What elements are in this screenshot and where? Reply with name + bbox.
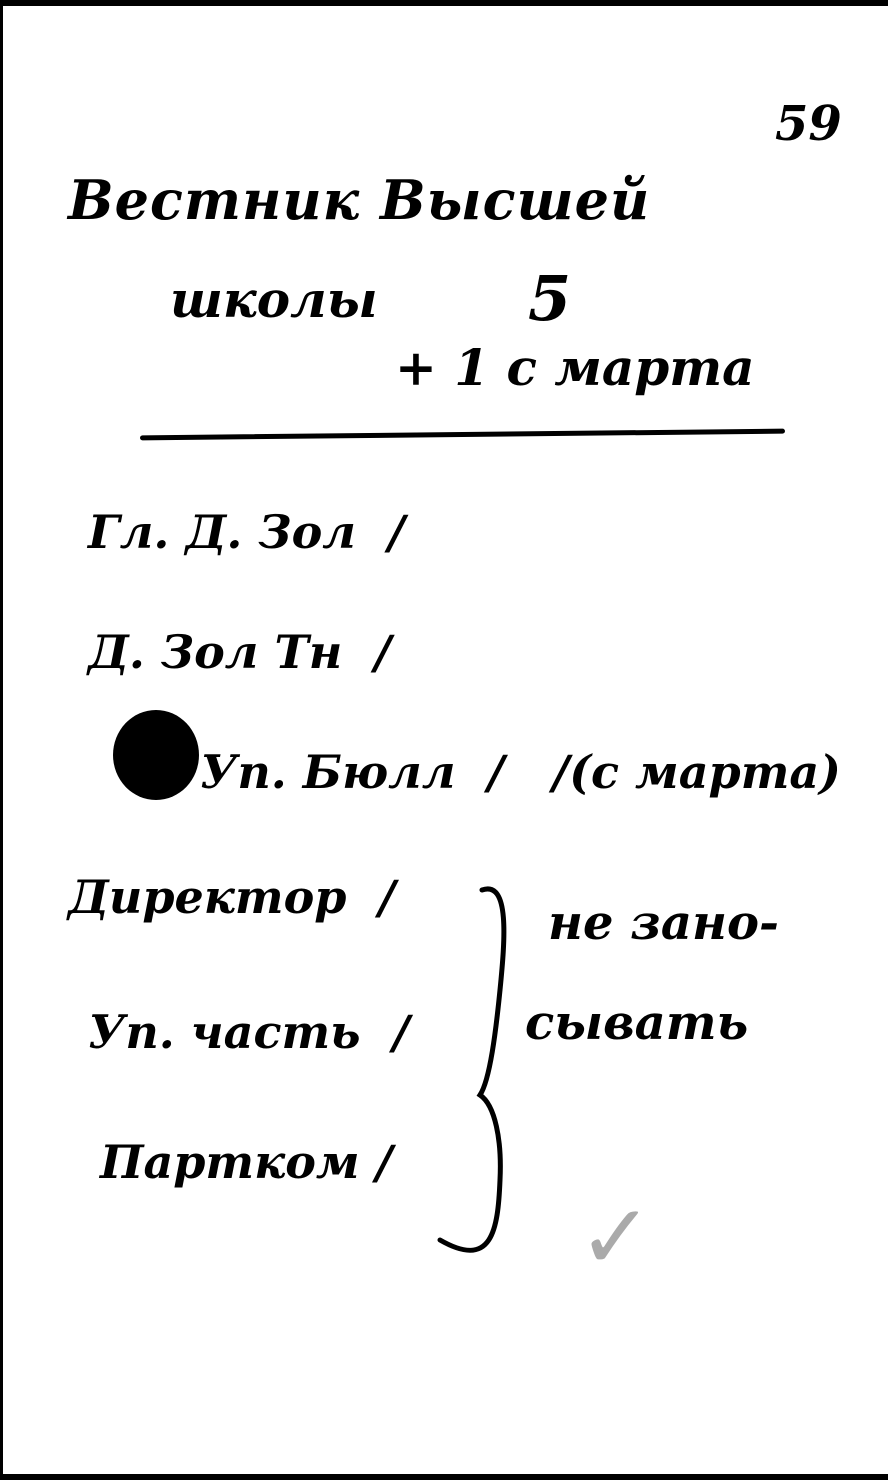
additional-count: + 1 с марта [395,338,755,397]
card-edge-left [0,0,3,1480]
entry-row: Д. Зол Тн / [88,625,391,679]
entry-row: Уп. Бюлл / /(с марта) [200,745,841,799]
bracket-note-line-1: не зано- [548,895,779,951]
title-line-1: Вестник Высшей [68,168,650,232]
card-edge-top [0,0,888,6]
bracket-note-line-2: сывать [525,995,748,1051]
card-edge-bottom [0,1474,888,1480]
subscription-count: 5 [528,262,571,335]
entry-row: Уп. часть / [88,1005,409,1059]
entry-row: Директор / [68,870,395,924]
entry-row: Партком / [100,1135,392,1189]
page-number: 59 [775,96,842,152]
check-mark-icon: ✓ [578,1185,653,1290]
divider-line [140,429,785,441]
title-line-2: школы [170,270,378,329]
punch-hole-mark [113,710,199,800]
index-card: 59 Вестник Высшей школы 5 + 1 с марта Гл… [0,0,888,1480]
curly-brace [420,880,520,1260]
entry-row: Гл. Д. Зол / [88,505,405,559]
